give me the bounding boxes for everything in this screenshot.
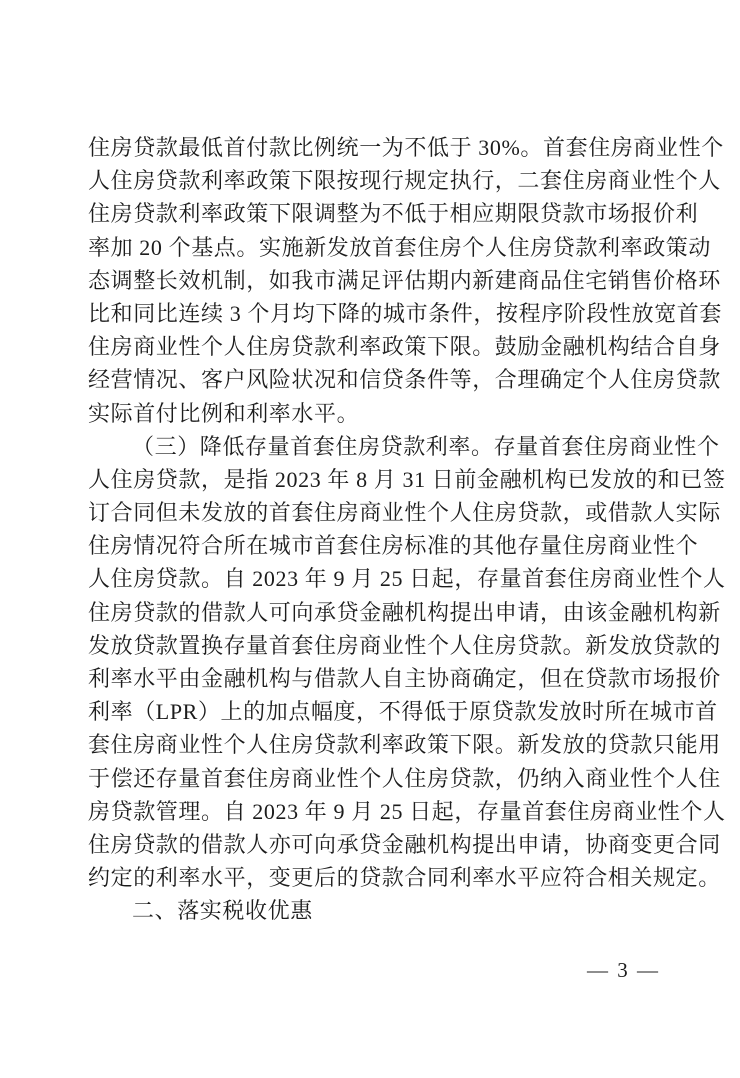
text-line: 住房贷款的借款人可向承贷金融机构提出申请，由该金融机构新 (88, 596, 658, 629)
text-line: 利率水平由金融机构与借款人自主协商确定，但在贷款市场报价 (88, 662, 658, 695)
document-body: 住房贷款最低首付款比例统一为不低于 30%。首套住房商业性个人住房贷款利率政策下… (88, 131, 658, 928)
text-line: 实际首付比例和利率水平。 (88, 397, 658, 430)
document-page: 住房贷款最低首付款比例统一为不低于 30%。首套住房商业性个人住房贷款利率政策下… (0, 0, 740, 1078)
text-line: 利率（LPR）上的加点幅度，不得低于原贷款发放时所在城市首 (88, 695, 658, 728)
text-line: 比和同比连续 3 个月均下降的城市条件，按程序阶段性放宽首套 (88, 297, 658, 330)
page-number: — 3 — (587, 958, 660, 983)
text-line: 二、落实税收优惠 (88, 894, 658, 927)
text-line: 经营情况、客户风险状况和信贷条件等，合理确定个人住房贷款 (88, 363, 658, 396)
text-line: 发放贷款置换存量首套住房商业性个人住房贷款。新发放贷款的 (88, 629, 658, 662)
text-line: 人住房贷款，是指 2023 年 8 月 31 日前金融机构已发放的和已签 (88, 463, 658, 496)
text-line: 订合同但未发放的首套住房商业性个人住房贷款，或借款人实际 (88, 496, 658, 529)
text-line: 住房情况符合所在城市首套住房标准的其他存量住房商业性个 (88, 529, 658, 562)
text-line: 约定的利率水平，变更后的贷款合同利率水平应符合相关规定。 (88, 861, 658, 894)
text-line: 住房贷款最低首付款比例统一为不低于 30%。首套住房商业性个 (88, 131, 658, 164)
text-line: 人住房贷款。自 2023 年 9 月 25 日起，存量首套住房商业性个人 (88, 562, 658, 595)
text-line: 套住房商业性个人住房贷款利率政策下限。新发放的贷款只能用 (88, 728, 658, 761)
text-line: 于偿还存量首套住房商业性个人住房贷款，仍纳入商业性个人住 (88, 762, 658, 795)
text-line: 态调整长效机制，如我市满足评估期内新建商品住宅销售价格环 (88, 264, 658, 297)
text-line: 率加 20 个基点。实施新发放首套住房个人住房贷款利率政策动 (88, 231, 658, 264)
text-line: （三）降低存量首套住房贷款利率。存量首套住房商业性个 (88, 430, 658, 463)
text-line: 人住房贷款利率政策下限按现行规定执行，二套住房商业性个人 (88, 164, 658, 197)
text-line: 住房贷款的借款人亦可向承贷金融机构提出申请，协商变更合同 (88, 828, 658, 861)
text-line: 住房贷款利率政策下限调整为不低于相应期限贷款市场报价利 (88, 197, 658, 230)
text-line: 房贷款管理。自 2023 年 9 月 25 日起，存量首套住房商业性个人 (88, 795, 658, 828)
text-line: 住房商业性个人住房贷款利率政策下限。鼓励金融机构结合自身 (88, 330, 658, 363)
